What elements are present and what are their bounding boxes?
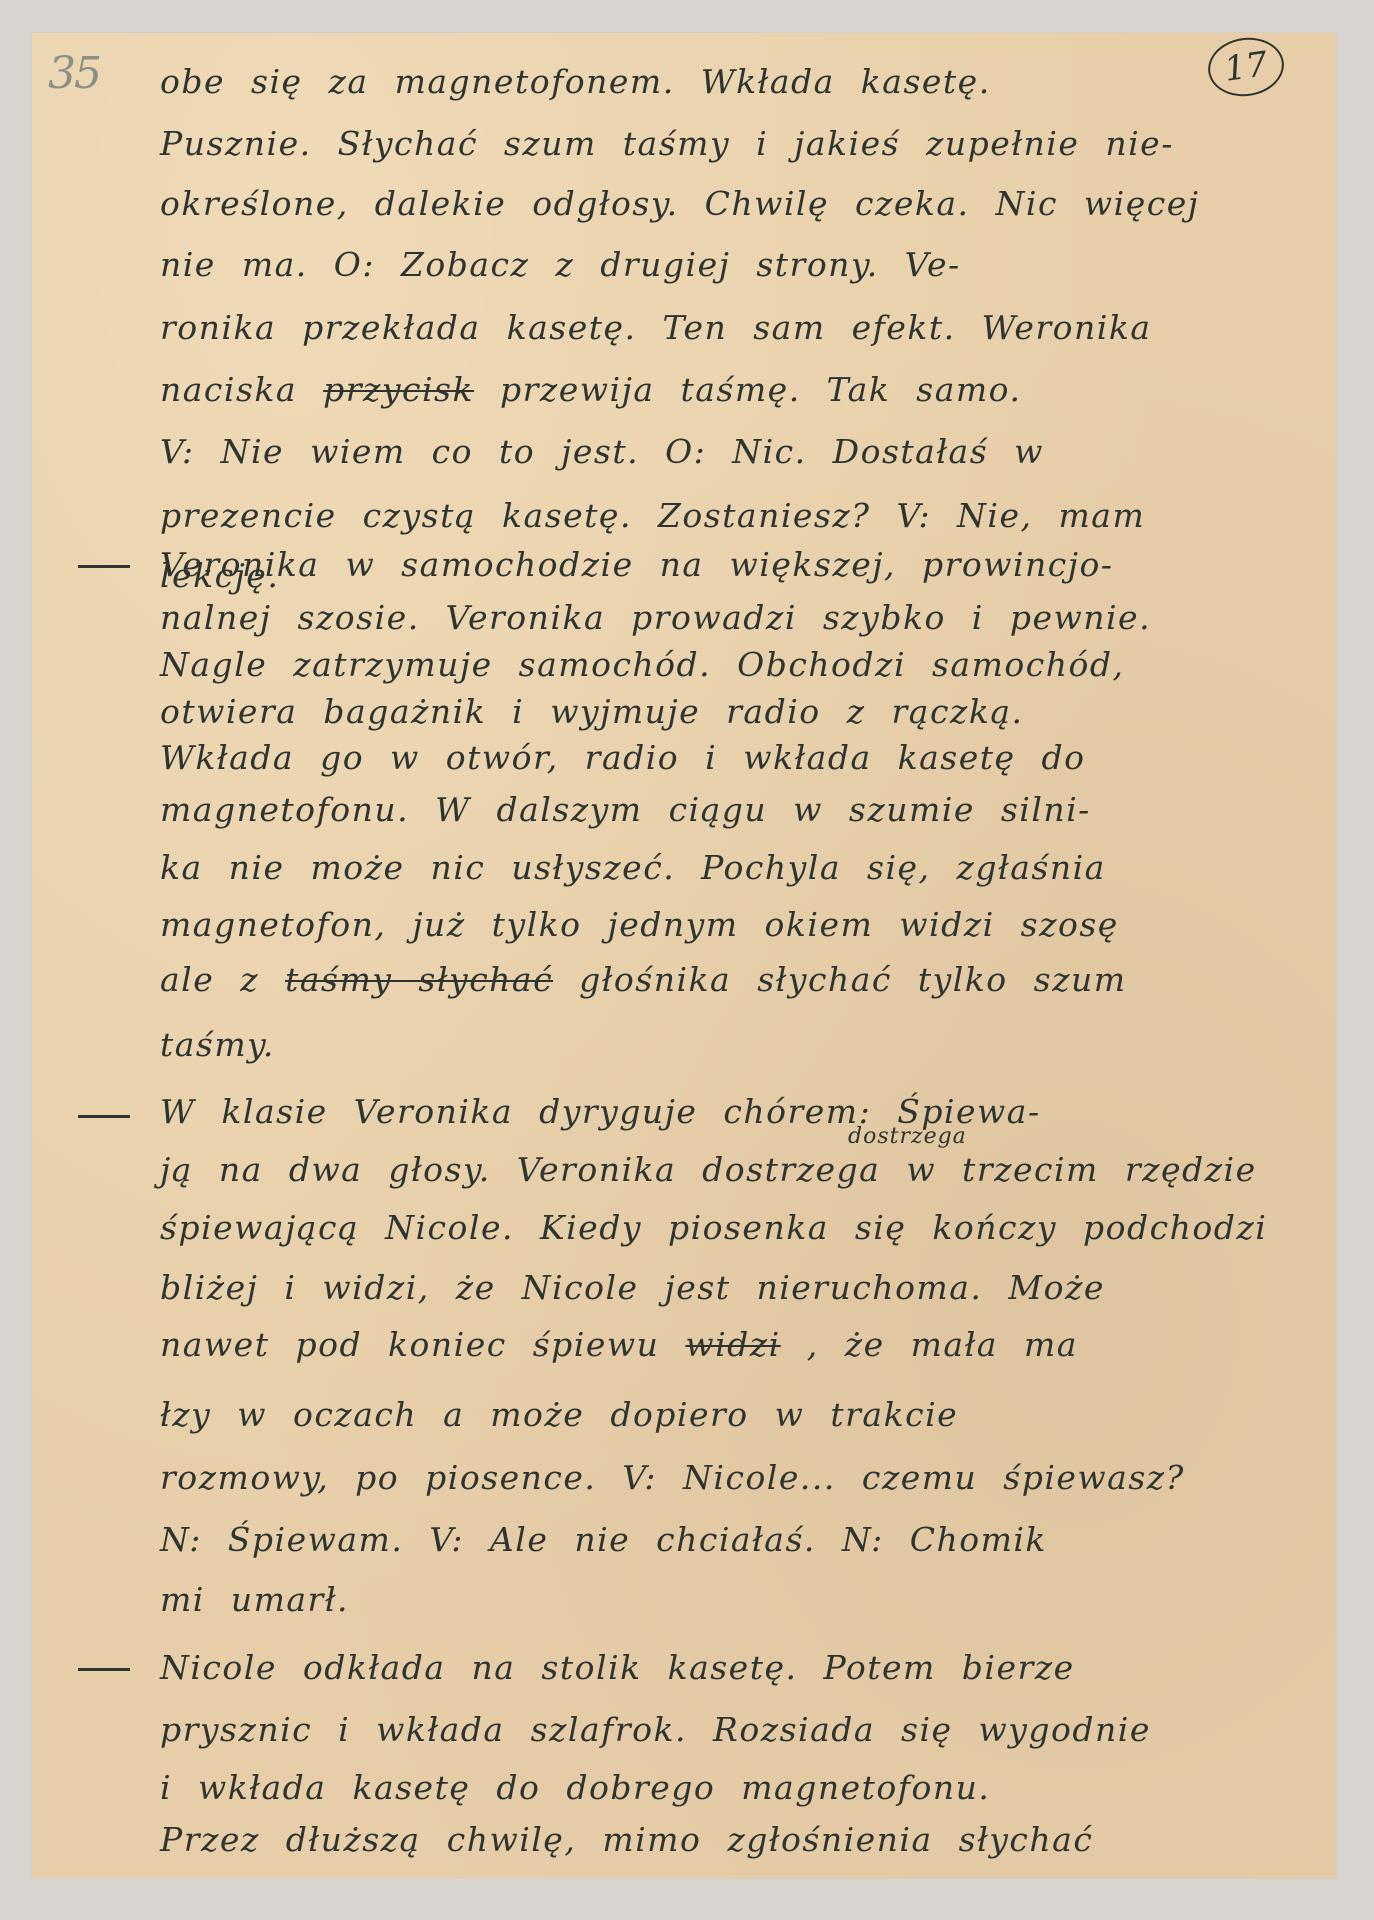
text-line: bliżej i widzi, że Nicole jest nieruchom… <box>160 1268 1320 1308</box>
line-rest: , że mała ma <box>807 1325 1078 1364</box>
text-line: Nicole odkłada na stolik kasetę. Potem b… <box>160 1648 1320 1688</box>
paragraph-dash <box>78 565 130 568</box>
text-line: nie ma. O: Zobacz z drugiej strony. Ve- <box>160 245 1320 285</box>
struck-word: widzi <box>685 1325 780 1364</box>
text-line: nalnej szosie. Veronika prowadzi szybko … <box>160 598 1320 638</box>
text-line: ją na dwa głosy. Veronika dostrzega w tr… <box>160 1150 1320 1190</box>
folio-number: 35 <box>48 48 100 99</box>
line-rest: przewija taśmę. Tak samo. <box>500 370 1021 409</box>
text-line: otwiera bagażnik i wyjmuje radio z rączk… <box>160 692 1320 732</box>
text-line: prezencie czystą kasetę. Zostaniesz? V: … <box>160 496 1320 536</box>
text-line: ka nie może nic usłyszeć. Pochyla się, z… <box>160 848 1320 888</box>
line-start: ale z <box>160 960 285 999</box>
text-line: taśmy. <box>160 1025 1320 1065</box>
text-line: mi umarł. <box>160 1580 1320 1620</box>
text-line: Veronika w samochodzie na większej, prow… <box>160 545 1320 585</box>
text-line: prysznic i wkłada szlafrok. Rozsiada się… <box>160 1710 1320 1750</box>
struck-word: przycisk <box>323 370 474 409</box>
text-line-with-strikeout: naciska przycisk przewija taśmę. Tak sam… <box>160 370 1320 410</box>
text-line-with-strikeout: nawet pod koniec śpiewu widzi , że mała … <box>160 1325 1320 1365</box>
text-line: łzy w oczach a może dopiero w trakcie <box>160 1395 1320 1435</box>
text-line: i wkłada kasetę do dobrego magnetofonu. <box>160 1768 1320 1808</box>
interlinear-insertion: dostrzega <box>848 1124 967 1149</box>
text-line: obe się za magnetofonem. Wkłada kasetę. <box>160 62 1320 102</box>
text-line: Wkłada go w otwór, radio i wkłada kasetę… <box>160 738 1320 778</box>
text-line: Nagle zatrzymuje samochód. Obchodzi samo… <box>160 645 1320 685</box>
text-line: magnetofon, już tylko jednym okiem widzi… <box>160 905 1320 945</box>
text-line: określone, dalekie odgłosy. Chwilę czeka… <box>160 184 1320 224</box>
text-line: magnetofonu. W dalszym ciągu w szumie si… <box>160 790 1320 830</box>
line-start: nawet pod koniec śpiewu <box>160 1325 685 1364</box>
line-rest: głośnika słychać tylko szum <box>579 960 1126 999</box>
text-line: W klasie Veronika dyryguje chórem: Śpiew… <box>160 1092 1320 1132</box>
text-line: Pusznie. Słychać szum taśmy i jakieś zup… <box>160 124 1320 164</box>
paragraph-dash <box>78 1115 130 1118</box>
text-line: ronika przekłada kasetę. Ten sam efekt. … <box>160 308 1320 348</box>
paragraph-dash <box>78 1668 130 1671</box>
struck-words: taśmy słychać <box>285 960 553 999</box>
text-line-with-strikeout: ale z taśmy słychać głośnika słychać tyl… <box>160 960 1320 1000</box>
text-line: Przez dłuższą chwilę, mimo zgłośnienia s… <box>160 1820 1320 1860</box>
text-line: N: Śpiewam. V: Ale nie chciałaś. N: Chom… <box>160 1520 1320 1560</box>
word: naciska <box>160 370 297 409</box>
text-line: V: Nie wiem co to jest. O: Nic. Dostałaś… <box>160 432 1320 472</box>
text-line: śpiewającą Nicole. Kiedy piosenka się ko… <box>160 1208 1320 1248</box>
text-line: rozmowy, po piosence. V: Nicole... czemu… <box>160 1458 1320 1498</box>
